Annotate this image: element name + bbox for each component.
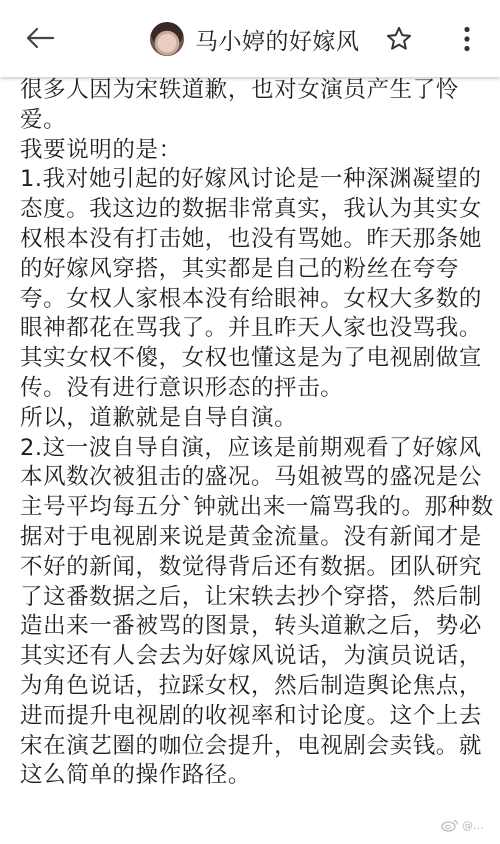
post-text-line: 所以，道歉就是自导自演。: [20, 407, 490, 431]
post-text-line: 权根本没有打击她，也没有骂她。昨天那条她: [20, 228, 490, 252]
page-title: 马小婷的好嫁风: [195, 23, 360, 56]
post-text-line: 为角色说话，拉踩女权，然后制造舆论焦点，: [20, 675, 490, 699]
arrow-left-icon: [25, 26, 55, 50]
post-text-line: 进而提升电视剧的收视率和讨论度。这个上去: [20, 705, 490, 729]
post-body: 很多人因为宋轶道歉，也对女演员产生了怜 爱。 我要说明的是： 1.我对她引起的好…: [20, 79, 490, 788]
favorite-button[interactable]: [382, 22, 416, 56]
post-text-line: 据对于电视剧来说是黄金流量。没有新闻才是: [20, 526, 490, 550]
watermark-text: @…: [462, 819, 484, 832]
avatar[interactable]: [150, 22, 184, 56]
post-text-line: 了这番数据之后，让宋轶去抄个穿搭，然后制: [20, 586, 490, 610]
post-text-line: 造出来一番被骂的图景，转头道歉之后，势必: [20, 615, 490, 639]
back-button[interactable]: [22, 22, 58, 54]
post-text-line: 眼神都花在骂我了。并且昨天人家也没骂我。: [20, 317, 490, 341]
post-text-line: 这么简单的操作路径。: [20, 764, 490, 788]
post-text-line: 不好的新闻，数觉得背后还有数据。团队研究: [20, 556, 490, 580]
post-text-line: 传。没有进行意识形态的抨击。: [20, 377, 490, 401]
post-text-line: 宋在演艺圈的咖位会提升，电视剧会卖钱。就: [20, 735, 490, 759]
more-vertical-icon: [463, 26, 471, 52]
post-text-line: 我要说明的是：: [20, 139, 490, 163]
post-text-line: 2.这一波自导自演，应该是前期观看了好嫁风: [20, 437, 490, 461]
star-outline-icon: [385, 25, 413, 53]
post-text-line: 态度。我这边的数据非常真实，我认为其实女: [20, 198, 490, 222]
post-text-line: 的好嫁风穿搭，其实都是自己的粉丝在夸夸: [20, 258, 490, 282]
post-text-line: 其实女权不傻，女权也懂这是为了电视剧做宣: [20, 347, 490, 371]
post-text-line: 其实还有人会去为好嫁风说话，为演员说话，: [20, 645, 490, 669]
weibo-logo-icon: [441, 818, 459, 832]
post-text-line: 本风数次被狙击的盛况。马姐被骂的盛况是公: [20, 466, 490, 490]
post-text-line: 爱。: [20, 109, 490, 133]
profile-title[interactable]: 马小婷的好嫁风: [150, 21, 360, 57]
post-text-line: 1.我对她引起的好嫁风讨论是一种深渊凝望的: [20, 168, 490, 192]
weibo-watermark: @…: [441, 818, 484, 832]
more-options-button[interactable]: [452, 22, 482, 56]
post-text-line: 夸。女权人家根本没有给眼神。女权大多数的: [20, 288, 490, 312]
post-text-line: 很多人因为宋轶道歉，也对女演员产生了怜: [20, 79, 490, 103]
top-app-bar: 马小婷的好嫁风: [0, 0, 500, 77]
post-text-line: 主号平均每五分`钟就出来一篇骂我的。那种数: [20, 496, 490, 520]
